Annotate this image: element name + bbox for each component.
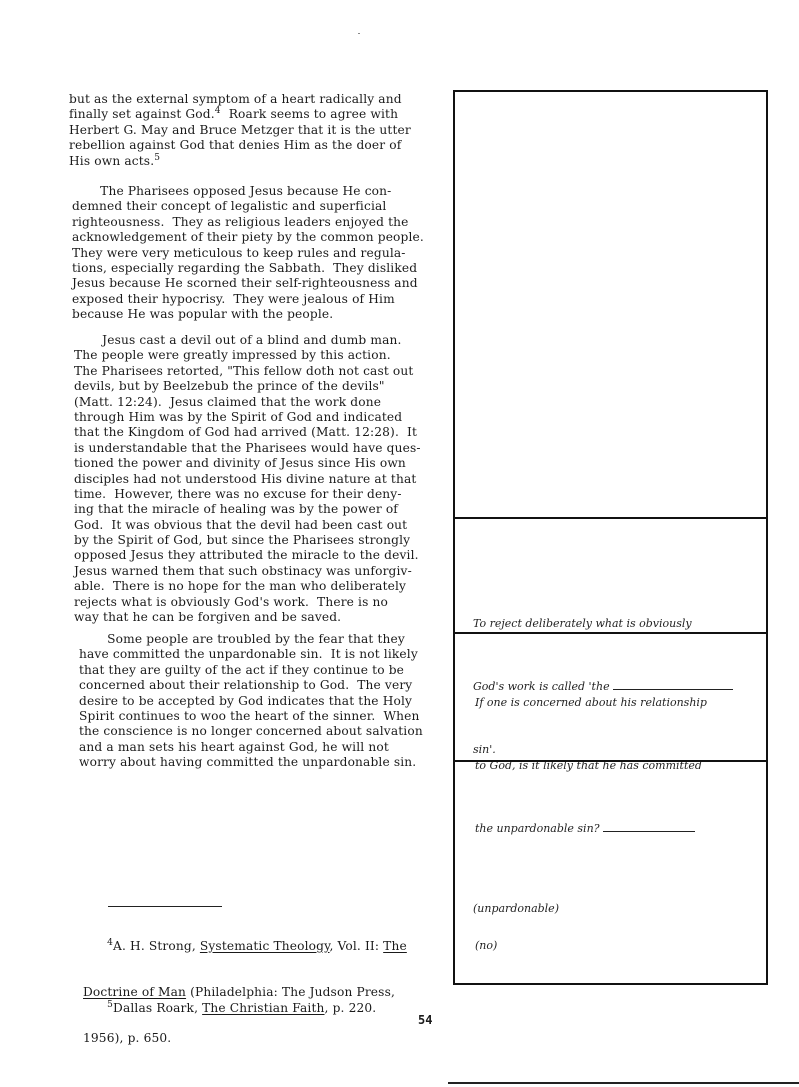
text-line: Spirit continues to woo the heart of the… [79,709,423,724]
text-line: by the Spirit of God, but since the Phar… [74,533,421,548]
text-line: The Pharisees opposed Jesus because He c… [72,184,424,199]
paragraph-3: Jesus cast a devil out of a blind and du… [74,333,421,625]
frame-divider [455,760,766,762]
text-line: and a man sets his heart against God, he… [79,740,423,755]
frame-divider [455,517,766,519]
footnote-rule [108,906,222,907]
text-line: the conscience is no longer concerned ab… [79,724,423,739]
frame-2-line-2: to God, is it likely that he has committ… [475,755,707,776]
text-line: Jesus warned them that such obstinacy wa… [74,564,421,579]
text-line: through Him was by the Spirit of God and… [74,410,421,425]
text-line: ing that the miracle of healing was by t… [74,502,421,517]
cited-title: Systematic Theology [200,939,330,953]
paragraph-2: The Pharisees opposed Jesus because He c… [72,184,424,323]
text-line: able. There is no hope for the man who d… [74,579,421,594]
cited-title: The Christian Faith [202,1001,324,1015]
cited-title: The [383,939,407,953]
frame-1-line-1: To reject deliberately what is obviously [473,613,733,634]
citation-text: A. H. Strong, [113,939,200,953]
text-line: tions, especially regarding the Sabbath.… [72,261,424,276]
frame-2-line-3: the unpardonable sin? [475,822,603,835]
text-line: God. It was obvious that the devil had b… [74,518,421,533]
text-line: (Matt. 12:24). Jesus claimed that the wo… [74,395,421,410]
citation-text: , p. 220. [325,1001,377,1015]
text-line: but as the external symptom of a heart r… [69,92,411,107]
scan-speck [358,33,360,34]
text-line: concerned about their relationship to Go… [79,678,423,693]
citation-text: , Vol. II: [330,939,384,953]
footnote-ref[interactable]: 5 [154,153,160,163]
page-number: 54 [418,1013,432,1027]
text-line: Herbert G. May and Bruce Metzger that it… [69,123,411,138]
text-line: disciples had not understood His divine … [74,472,421,487]
text-line: Jesus cast a devil out of a blind and du… [74,333,421,348]
frame-box: To reject deliberately what is obviously… [453,90,768,985]
text-line: that they are guilty of the act if they … [79,663,423,678]
text-line: acknowledgement of their piety by the co… [72,230,424,245]
bottom-rule [448,1082,799,1084]
citation-text: Dallas Roark, [113,1001,202,1015]
text-line: rejects what is obviously God's work. Th… [74,595,421,610]
text-line: way that he can be forgiven and be saved… [74,610,421,625]
text-line: have committed the unpardonable sin. It … [79,647,423,662]
text-line: devils, but by Beelzebub the prince of t… [74,379,421,394]
text-line: worry about having committed the unpardo… [79,755,423,770]
text-line: time. However, there was no excuse for t… [74,487,421,502]
text-line: exposed their hypocrisy. They were jealo… [72,292,424,307]
text-line: The Pharisees retorted, "This fellow dot… [74,364,421,379]
text-line: The people were greatly impressed by thi… [74,348,421,363]
text-line: is understandable that the Pharisees wou… [74,441,421,456]
text-line: finally set against God.4 Roark seems to… [69,107,411,122]
text-line: because He was popular with the people. [72,307,424,322]
answer-blank[interactable] [603,818,695,832]
text-line: Jesus because He scorned their self-righ… [72,276,424,291]
text-line: demned their concept of legalistic and s… [72,199,424,214]
footnote-5: 5Dallas Roark, The Christian Faith, p. 2… [83,970,376,1047]
footnote-ref[interactable]: 4 [215,106,221,116]
text-line: They were very meticulous to keep rules … [72,246,424,261]
text-line: desire to be accepted by God indicates t… [79,694,423,709]
footnote-4-line-1: 4A. H. Strong, Systematic Theology, Vol.… [83,939,407,954]
frame-divider [455,632,766,634]
paragraph-1: but as the external symptom of a heart r… [69,92,411,169]
text-line: His own acts.5 [69,154,411,169]
frame-2-line-1: If one is concerned about his relationsh… [475,692,707,713]
frame-2: If one is concerned about his relationsh… [475,650,707,998]
document-page: but as the external symptom of a heart r… [0,0,799,1087]
text-line: righteousness. They as religious leaders… [72,215,424,230]
text-line: rebellion against God that denies Him as… [69,138,411,153]
footnote-5-line-1: 5Dallas Roark, The Christian Faith, p. 2… [83,1001,376,1016]
text-line: that the Kingdom of God had arrived (Mat… [74,425,421,440]
text-line: opposed Jesus they attributed the miracl… [74,548,421,563]
paragraph-4: Some people are troubled by the fear tha… [79,632,423,771]
text-line: tioned the power and divinity of Jesus s… [74,456,421,471]
text-line: Some people are troubled by the fear tha… [79,632,423,647]
frame-2-answer: (no) [475,935,707,956]
